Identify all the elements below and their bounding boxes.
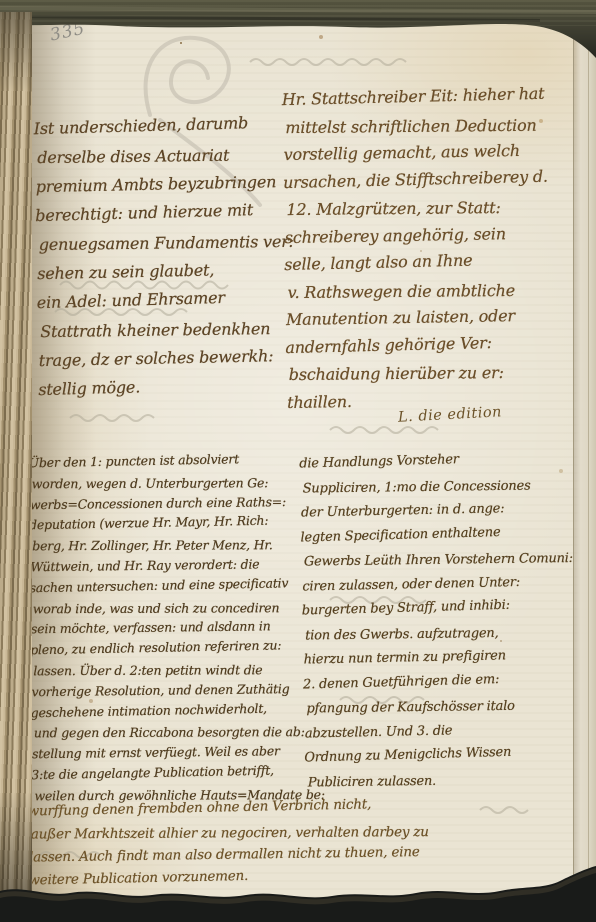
text-block-upper-right: Hr. Stattschreiber Eit: hieher hatmittel… bbox=[282, 82, 587, 416]
manuscript-line: ein Adel: und Ehrsamer bbox=[36, 281, 287, 317]
book-binding-edge bbox=[0, 12, 32, 918]
text-block-lower-left: Über den 1: puncten ist absolviertworden… bbox=[28, 451, 321, 807]
manuscript-line: Hr. Stattschreiber Eit: hieher hat bbox=[282, 79, 583, 114]
text-block-lower-right: die Handlungs VorsteherSuppliciren, 1:mo… bbox=[299, 447, 595, 795]
manuscript-scan: 335 Ist underschieden, darumbderselbe di… bbox=[0, 0, 596, 922]
manuscript-line: selle, langt also an Ihne bbox=[284, 244, 585, 279]
manuscript-line: Ist underschieden, darumb bbox=[33, 107, 284, 143]
manuscript-line: berechtigt: und hierzue mit bbox=[35, 194, 286, 230]
manuscript-line: 3:te die angelangte Publication betrifft… bbox=[31, 760, 321, 786]
book-edge-grain bbox=[0, 0, 596, 26]
book-edge-bottom bbox=[0, 847, 596, 922]
manuscript-line: Über den 1: puncten ist absolviert bbox=[28, 448, 318, 474]
manuscript-line: sachen untersuchen: und eine specificati… bbox=[29, 572, 319, 598]
manuscript-line: stellig möge. bbox=[38, 368, 289, 404]
manuscript-line: pleno, zu endlich resolution referiren z… bbox=[30, 635, 320, 661]
manuscript-line: deputation (werzue Hr. Mayr, Hr. Rich: bbox=[29, 510, 319, 536]
text-block-upper-left: Ist underschieden, darumbderselbe dises … bbox=[33, 110, 288, 404]
